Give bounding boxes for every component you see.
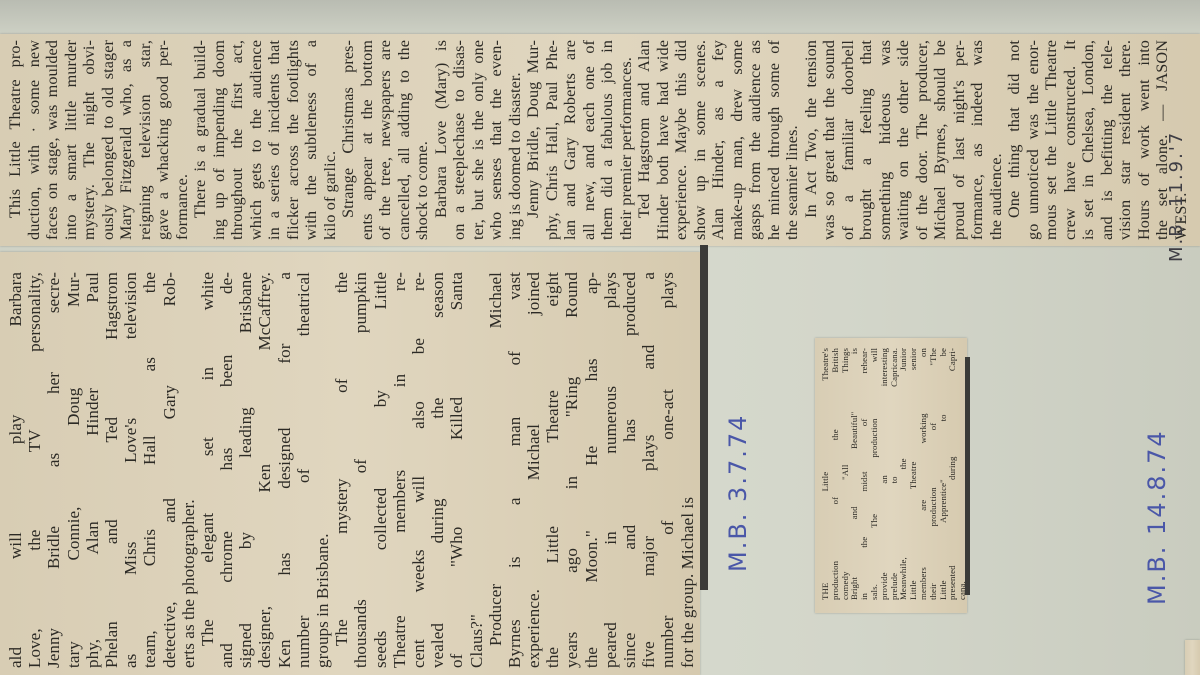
text-line: waiting on the other side [894, 40, 913, 240]
text-line: Love, the TV personality, [25, 272, 44, 668]
text-line: Jenny Bridle, Doug Mur- [524, 40, 543, 240]
text-line: reigning television star, [136, 40, 155, 240]
text-line: Claus?" [467, 272, 486, 668]
partial-clipping-fragment [1185, 640, 1200, 675]
text-line: ents appear at the bottom [358, 40, 377, 240]
text-line: flicker across the footlights [284, 40, 303, 240]
text-line: Hours of work went into [1135, 40, 1154, 240]
text-line: Phelan and Ted Hagstrom [102, 272, 121, 668]
column-rule-brief [965, 357, 970, 595]
text-line: Mary Fitzgerald who, as a [117, 40, 136, 240]
album-page-edge [0, 0, 1200, 34]
text-line: gasps from the audience as [746, 40, 765, 240]
text-line: of the door. The producer, [913, 40, 932, 240]
preview-clipping: ald will play BarbaraLove, the TV person… [0, 252, 700, 675]
text-line: years ago in "Ring Round [562, 272, 581, 668]
text-line: phy, Chris Hall, Paul Phe- [543, 40, 562, 240]
text-line: show up in some scenes. [691, 40, 710, 240]
text-line: is set in Chelsea, London, [1079, 40, 1098, 240]
text-line: Byrnes is a man of vast [505, 272, 524, 668]
text-line: formance. [173, 40, 192, 240]
text-line: formance, as indeed was [968, 40, 987, 240]
text-line: who senses that the even- [487, 40, 506, 240]
text-line: tary Connie, Doug Mur- [64, 272, 83, 668]
text-line: experience. Maybe this did [672, 40, 691, 240]
text-line: faces on stage, was moulded [43, 40, 62, 240]
text-line: which gets to the audience [247, 40, 266, 240]
text-line: One thing that did not [1005, 40, 1024, 240]
text-line: gave a whacking good per- [154, 40, 173, 240]
text-line: The mystery of the [332, 272, 351, 668]
text-line: Jenny Bridle as her secre- [44, 272, 63, 668]
text-line: Alan Hinder, as a fey [709, 40, 728, 240]
text-line: of the tree, newspapers are [376, 40, 395, 240]
text-line: cent weeks will also be re- [409, 272, 428, 668]
review-clipping: This Little Theatre pro-duction, with · … [0, 34, 1200, 246]
text-line: them did a fabulous job in [598, 40, 617, 240]
text-line: and chrome has been de- [217, 272, 236, 668]
text-line: Producer Michael [486, 272, 505, 668]
text-line: ing is doomed to disaster. [506, 40, 525, 240]
text-line: ter, but she is the only one [469, 40, 488, 240]
text-line: Strange Christmas pres- [339, 40, 358, 240]
text-line: shock to come. [413, 40, 432, 240]
text-line: lan and Gary Roberts are [561, 40, 580, 240]
text-line: experience. Michael joined [524, 272, 543, 668]
text-line: phy, Alan Hinder Paul [83, 272, 102, 668]
text-line: ing up of impending doom [210, 40, 229, 240]
text-line: ously belonged to old stager [99, 40, 118, 240]
text-line: the Moon." He has ap- [582, 272, 601, 668]
text-line: Ted Hagstrom and Alan [635, 40, 654, 240]
text-line: since and has produced [620, 272, 639, 668]
text-line: in a series of incidents that [265, 40, 284, 240]
text-line: crew have constructed. It [1061, 40, 1080, 240]
text-line: of a familiar doorbell [839, 40, 858, 240]
text-line: brought a feeling that [857, 40, 876, 240]
text-line: mystery. The night obvi- [80, 40, 99, 240]
text-line: on a steeplechase to disas- [450, 40, 469, 240]
text-line: throughout the first act, [228, 40, 247, 240]
text-line: erts as the photographer. [179, 272, 198, 668]
text-line: go unnoticed was the enor- [1024, 40, 1043, 240]
text-line: Theatre members in re- [390, 272, 409, 668]
text-line: he minced through some of [765, 40, 784, 240]
text-line: In Act Two, the tension [802, 40, 821, 240]
text-line: There is a gradual build- [191, 40, 210, 240]
text-line: was so great that the sound [820, 40, 839, 240]
text-line: detective, and Gary Rob- [160, 272, 179, 668]
text-line: seeds collected by Little [371, 272, 390, 668]
news-brief-text: THE Little Theatre'sproduction of the Br… [821, 348, 968, 600]
text-line: Ken has designed for a [275, 272, 294, 668]
text-line: five major plays and a [639, 272, 658, 668]
text-line: designer, Ken McCaffrey. [255, 272, 274, 668]
text-line: thousands of pumpkin [351, 272, 370, 668]
text-line: The elegant set in white [198, 272, 217, 668]
text-line: with the subtleness of a [302, 40, 321, 240]
text-line: of "Who Killed Santa [447, 272, 466, 668]
text-line: Hinder both have had wide [654, 40, 673, 240]
text-line: the Little Theatre eight [543, 272, 562, 668]
text-line: kilo of garlic. [321, 40, 340, 240]
text-line: This Little Theatre pro- [6, 40, 25, 240]
text-line: for the group. Michael is [678, 272, 697, 668]
text-line: into a smart little murder [62, 40, 81, 240]
handwritten-date-review: M.B. 11.9.'7 [1166, 131, 1187, 262]
text-line: all new, and each one of [580, 40, 599, 240]
news-brief-clipping: THE Little Theatre'sproduction of the Br… [815, 338, 967, 613]
text-line: groups in Brisbane. [313, 272, 332, 668]
text-line: number of theatrical [294, 272, 313, 668]
preview-text: ald will play BarbaraLove, the TV person… [6, 272, 697, 668]
text-line: make-up man, drew some [728, 40, 747, 240]
text-line: as Miss Love's television [121, 272, 140, 668]
text-line: team, Chris Hall as the [140, 272, 159, 668]
text-line: proud of last night's per- [950, 40, 969, 240]
text-line: presented during Capri- [948, 348, 958, 600]
handwritten-date-preview: M.B. 3.7.74 [724, 414, 752, 572]
text-line: something hideous was [876, 40, 895, 240]
text-line: signed by leading Brisbane [236, 272, 255, 668]
text-line: ald will play Barbara [6, 272, 25, 668]
review-text: This Little Theatre pro-duction, with · … [6, 40, 1190, 240]
text-line: the audience. [987, 40, 1006, 240]
text-line: mous set the Little Theatre [1042, 40, 1061, 240]
text-line: vealed during the season [428, 272, 447, 668]
text-line: peared in numerous plays [601, 272, 620, 668]
text-line: number of one-act plays [658, 272, 677, 668]
text-line: Barbara Love (Mary) is [432, 40, 451, 240]
text-line: cancelled, all adding to the [395, 40, 414, 240]
text-line: their premier performances. [617, 40, 636, 240]
handwritten-date-brief: M.B. 14.8.74 [1143, 429, 1171, 605]
column-rule-preview [700, 245, 708, 590]
text-line: the seamier lines. [783, 40, 802, 240]
text-line: vision star resident there. [1116, 40, 1135, 240]
text-line: duction, with · some new [25, 40, 44, 240]
text-line: and is befitting the tele- [1098, 40, 1117, 240]
text-line: Michael Byrnes, should be [931, 40, 950, 240]
